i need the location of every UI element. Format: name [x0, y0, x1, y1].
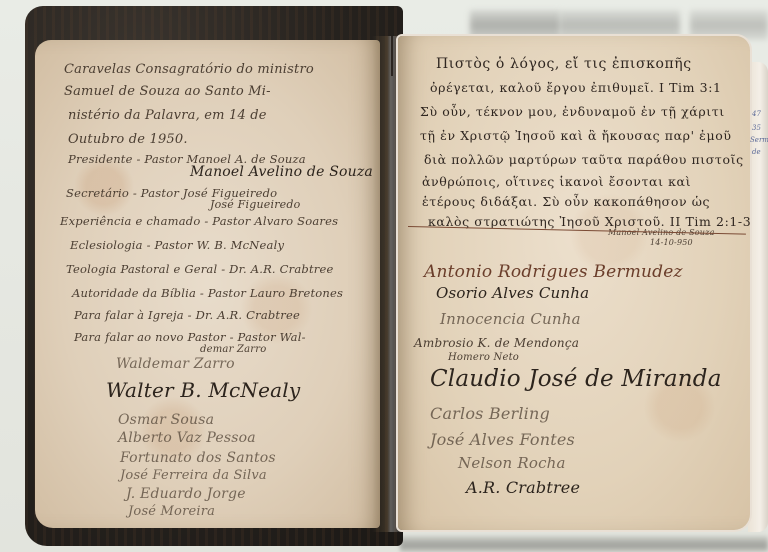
header-line-3: nistério da Palavra, em 14 de	[68, 108, 267, 123]
signature-waldemar-zarro: Waldemar Zarro	[116, 356, 235, 372]
signature-walter-mcnealy: Walter B. McNealy	[106, 378, 300, 402]
signature-ar-crabtree: A.R. Crabtree	[466, 478, 580, 497]
signature-carlos-berling: Carlos Berling	[430, 404, 550, 423]
signature-jose-alves-fontes: José Alves Fontes	[430, 430, 575, 449]
role-eclesiologia: Eclesiologia - Pastor W. B. McNealy	[70, 238, 284, 252]
header-line-1: Caravelas Consagratório do ministro	[64, 62, 314, 77]
margin-note-3: Serm.	[750, 136, 768, 144]
role-falar-pastor-cont: demar Zarro	[200, 344, 266, 355]
role-teologia: Teologia Pastoral e Geral - Dr. A.R. Cra…	[66, 262, 334, 276]
signature-ambrosio-mendonca: Ambrosio K. de Mendonça	[414, 336, 579, 350]
margin-note-4: de	[752, 148, 761, 156]
signature-nelson-rocha: Nelson Rocha	[458, 454, 566, 472]
role-falar-igreja: Para falar à Igreja - Dr. A.R. Crabtree	[74, 308, 300, 322]
signature-innocencia-cunha: Innocencia Cunha	[440, 310, 581, 328]
greek-line-5: διὰ πολλῶν μαρτύρων ταῦτα παράθου πιστοῖ…	[424, 152, 744, 167]
greek-line-6: ἀνθρώποις, οἵτινες ἱκανοὶ ἔσονται καὶ	[422, 174, 691, 189]
role-falar-pastor: Para falar ao novo Pastor - Pastor Wal-	[74, 330, 306, 344]
signature-jose-figueiredo: José Figueiredo	[210, 198, 300, 211]
signature-alberto-vaz-pessoa: Alberto Vaz Pessoa	[118, 430, 256, 446]
signature-jose-ferreira-silva: José Ferreira da Silva	[120, 468, 267, 483]
signature-eduardo-jorge: J. Eduardo Jorge	[126, 486, 246, 502]
margin-note-2: 35	[752, 124, 761, 132]
signature-antonio-bermudez: Antonio Rodrigues Bermudez	[424, 262, 683, 282]
greek-line-4: τῇ ἐν Χριστῷ Ἰησοῦ καὶ ἃ ἤκουσας παρ' ἐμ…	[420, 128, 732, 143]
greek-line-7: ἑτέρους διδάξαι. Σὺ οὖν κακοπάθησον ὡς	[422, 194, 710, 209]
header-line-2: Samuel de Souza ao Santo Mi-	[64, 84, 271, 99]
margin-note-1: 47	[752, 110, 761, 118]
background-blur-bottom	[400, 536, 768, 552]
signature-claudio-miranda: Claudio José de Miranda	[430, 366, 722, 392]
signature-homero-neto: Homero Neto	[448, 352, 519, 363]
binding-stitch	[391, 36, 393, 76]
signature-manoel-avelino: Manoel Avelino de Souza	[190, 164, 373, 180]
signature-osmar-sousa: Osmar Sousa	[118, 412, 214, 428]
attribution-date: 14-10-950	[650, 238, 693, 247]
role-autoridade-biblia: Autoridade da Bíblia - Pastor Lauro Bret…	[72, 286, 343, 300]
greek-line-2: ὀρέγεται, καλοῦ ἔργου ἐπιθυμεῖ. I Tim 3:…	[430, 80, 722, 95]
role-experiencia: Experiência e chamado - Pastor Alvaro So…	[60, 214, 338, 228]
header-line-4: Outubro de 1950.	[68, 132, 188, 147]
signature-osorio-cunha: Osorio Alves Cunha	[436, 284, 589, 302]
page-edges	[748, 62, 768, 532]
greek-line-3: Σὺ οὖν, τέκνον μου, ἐνδυναμοῦ ἐν τῇ χάρι…	[420, 104, 725, 119]
greek-line-1: Πιστὸς ὁ λόγος, εἴ τις ἐπισκοπῆς	[436, 56, 692, 72]
signature-jose-moreira: José Moreira	[128, 504, 215, 519]
signature-fortunato-santos: Fortunato dos Santos	[120, 450, 276, 466]
